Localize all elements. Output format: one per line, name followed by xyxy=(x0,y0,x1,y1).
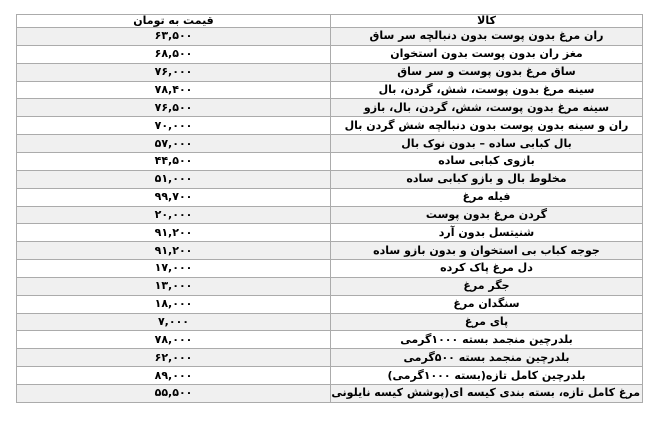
table-body: ران مرغ بدون پوست بدون دنبالچه سر ساق۶۳,… xyxy=(17,28,643,403)
price-cell: ۷۶,۵۰۰ xyxy=(17,99,331,117)
table-row: فیله مرغ۹۹,۷۰۰ xyxy=(17,188,643,206)
item-cell: ران و سینه بدون پوست بدون دنبالچه شش گرد… xyxy=(331,117,643,135)
item-cell: سینه مرغ بدون پوست، شش، گردن، بال، بازو xyxy=(331,99,643,117)
table-row: بازوی کبابی ساده۴۴,۵۰۰ xyxy=(17,153,643,171)
price-cell: ۹۱,۲۰۰ xyxy=(17,242,331,260)
table-row: مرغ کامل تازه، بسته بندی کیسه ای(پوشش کی… xyxy=(17,384,643,402)
item-cell: سینه مرغ بدون پوست، شش، گردن، بال xyxy=(331,81,643,99)
item-cell: بلدرچین منجمد بسته ۱۰۰۰گرمی xyxy=(331,331,643,349)
price-cell: ۶۳,۵۰۰ xyxy=(17,28,331,46)
page: کالا قیمت به تومان ران مرغ بدون پوست بدو… xyxy=(0,0,658,423)
price-cell: ۵۱,۰۰۰ xyxy=(17,170,331,188)
item-cell: مغز ران بدون پوست بدون استخوان xyxy=(331,45,643,63)
item-cell: جوجه کباب بی استخوان و بدون بازو ساده xyxy=(331,242,643,260)
price-cell: ۹۱,۲۰۰ xyxy=(17,224,331,242)
item-cell: بلدرچین کامل تازه(بسته ۱۰۰۰گرمی) xyxy=(331,367,643,385)
price-cell: ۱۳,۰۰۰ xyxy=(17,277,331,295)
item-cell: بازوی کبابی ساده xyxy=(331,153,643,171)
price-cell: ۱۸,۰۰۰ xyxy=(17,295,331,313)
price-cell: ۷,۰۰۰ xyxy=(17,313,331,331)
item-cell: شنیتسل بدون آرد xyxy=(331,224,643,242)
table-row: سنگدان مرغ۱۸,۰۰۰ xyxy=(17,295,643,313)
item-cell: جگر مرغ xyxy=(331,277,643,295)
table-row: سینه مرغ بدون پوست، شش، گردن، بال، بازو۷… xyxy=(17,99,643,117)
table-row: جگر مرغ۱۳,۰۰۰ xyxy=(17,277,643,295)
table-row: ساق مرغ بدون پوست و سر ساق۷۶,۰۰۰ xyxy=(17,63,643,81)
table-row: بلدرچین کامل تازه(بسته ۱۰۰۰گرمی)۸۹,۰۰۰ xyxy=(17,367,643,385)
item-cell: دل مرغ پاک کرده xyxy=(331,260,643,278)
price-cell: ۲۰,۰۰۰ xyxy=(17,206,331,224)
header-price: قیمت به تومان xyxy=(17,15,331,28)
price-cell: ۸۹,۰۰۰ xyxy=(17,367,331,385)
price-cell: ۶۸,۵۰۰ xyxy=(17,45,331,63)
item-cell: سنگدان مرغ xyxy=(331,295,643,313)
item-cell: گردن مرغ بدون پوست xyxy=(331,206,643,224)
item-cell: بال کبابی ساده – بدون نوک بال xyxy=(331,135,643,153)
table-row: ران مرغ بدون پوست بدون دنبالچه سر ساق۶۳,… xyxy=(17,28,643,46)
price-cell: ۷۰,۰۰۰ xyxy=(17,117,331,135)
table-row: ران و سینه بدون پوست بدون دنبالچه شش گرد… xyxy=(17,117,643,135)
price-cell: ۷۶,۰۰۰ xyxy=(17,63,331,81)
item-cell: مرغ کامل تازه، بسته بندی کیسه ای(پوشش کی… xyxy=(331,384,643,402)
price-cell: ۵۵,۵۰۰ xyxy=(17,384,331,402)
item-cell: مخلوط بال و بازو کبابی ساده xyxy=(331,170,643,188)
table-row: بلدرچین منجمد بسته ۵۰۰گرمی۶۲,۰۰۰ xyxy=(17,349,643,367)
item-cell: پای مرغ xyxy=(331,313,643,331)
item-cell: بلدرچین منجمد بسته ۵۰۰گرمی xyxy=(331,349,643,367)
table-row: دل مرغ پاک کرده۱۷,۰۰۰ xyxy=(17,260,643,278)
price-cell: ۴۴,۵۰۰ xyxy=(17,153,331,171)
table-row: جوجه کباب بی استخوان و بدون بازو ساده۹۱,… xyxy=(17,242,643,260)
price-cell: ۱۷,۰۰۰ xyxy=(17,260,331,278)
price-cell: ۷۸,۰۰۰ xyxy=(17,331,331,349)
table-row: مخلوط بال و بازو کبابی ساده۵۱,۰۰۰ xyxy=(17,170,643,188)
price-cell: ۷۸,۴۰۰ xyxy=(17,81,331,99)
price-cell: ۶۲,۰۰۰ xyxy=(17,349,331,367)
table-row: مغز ران بدون پوست بدون استخوان۶۸,۵۰۰ xyxy=(17,45,643,63)
header-row: کالا قیمت به تومان xyxy=(17,15,643,28)
item-cell: ساق مرغ بدون پوست و سر ساق xyxy=(331,63,643,81)
table-row: گردن مرغ بدون پوست۲۰,۰۰۰ xyxy=(17,206,643,224)
table-row: پای مرغ۷,۰۰۰ xyxy=(17,313,643,331)
item-cell: ران مرغ بدون پوست بدون دنبالچه سر ساق xyxy=(331,28,643,46)
price-cell: ۹۹,۷۰۰ xyxy=(17,188,331,206)
header-item: کالا xyxy=(331,15,643,28)
table-row: سینه مرغ بدون پوست، شش، گردن، بال۷۸,۴۰۰ xyxy=(17,81,643,99)
price-cell: ۵۷,۰۰۰ xyxy=(17,135,331,153)
price-table: کالا قیمت به تومان ران مرغ بدون پوست بدو… xyxy=(16,14,643,403)
item-cell: فیله مرغ xyxy=(331,188,643,206)
table-row: بلدرچین منجمد بسته ۱۰۰۰گرمی۷۸,۰۰۰ xyxy=(17,331,643,349)
table-row: بال کبابی ساده – بدون نوک بال۵۷,۰۰۰ xyxy=(17,135,643,153)
table-row: شنیتسل بدون آرد۹۱,۲۰۰ xyxy=(17,224,643,242)
